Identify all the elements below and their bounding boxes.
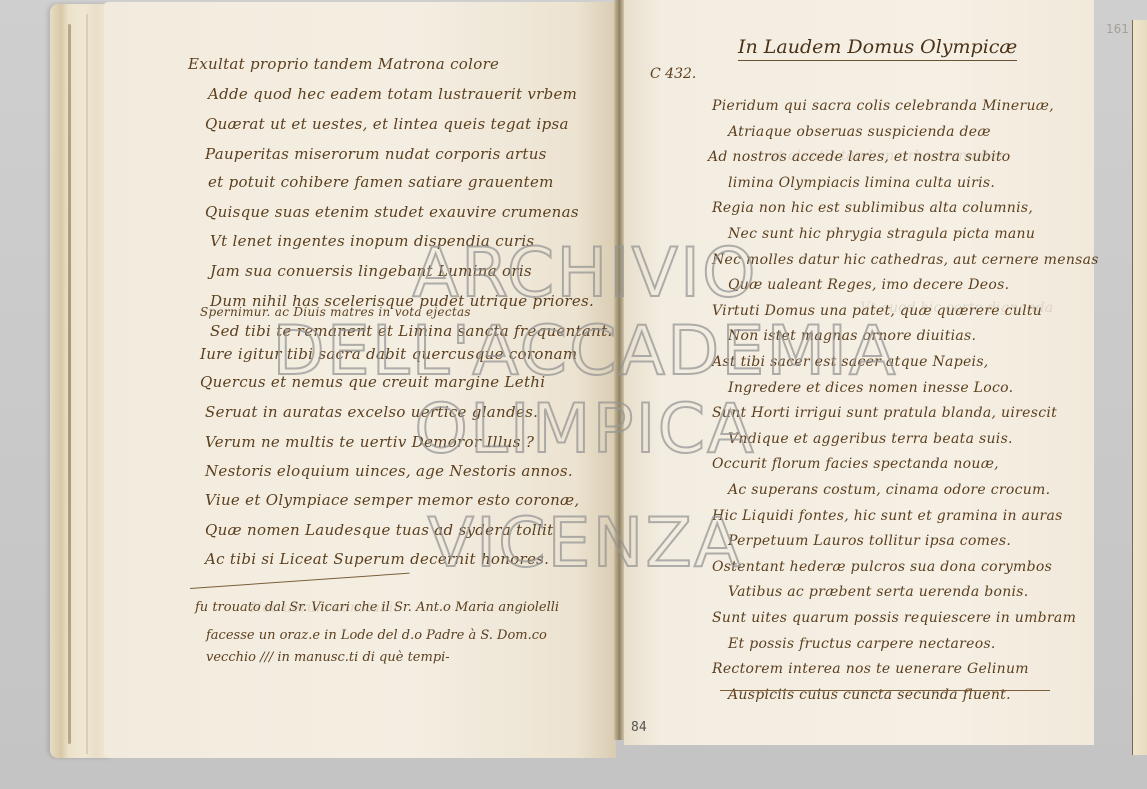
- verse-line: Nestoris eloquium uinces, age Nestoris a…: [205, 462, 573, 480]
- verse-line: Regia non hic est sublimibus alta column…: [712, 200, 1033, 216]
- verse-line: Ac tibi si Liceat Superum decernit honor…: [205, 550, 549, 568]
- verse-line: Seruat in auratas excelso uertice glande…: [205, 403, 538, 421]
- verse-line: Quisque suas etenim studet exauvire crum…: [205, 203, 579, 221]
- verse-line: Verum ne multis te uertiv Demoror Illus …: [205, 433, 534, 451]
- verse-line: Spernimur. ac Diuis matres in vota eject…: [200, 305, 471, 319]
- verse-line: Quæ nomen Laudesque tuas ad sydera tolli…: [205, 521, 553, 539]
- verse-line: Adde quod hec eadem totam lustrauerit vr…: [208, 85, 577, 103]
- verse-line: Vndique et aggeribus terra beata suis.: [728, 431, 1013, 447]
- verse-line: Ad nostros accede lares, et nostra subit…: [708, 149, 1011, 165]
- verse-line: Sunt Horti irrigui sunt pratula blanda, …: [712, 405, 1057, 421]
- verse-line: Perpetuum Lauros tollitur ipsa comes.: [728, 533, 1011, 549]
- verse-line: Sunt uites quarum possis requiescere in …: [712, 610, 1076, 626]
- verse-line: Exultat proprio tandem Matrona colore: [188, 55, 499, 73]
- verse-line: Iure igitur tibi sacra dabit quercusque …: [200, 345, 577, 363]
- annotation-line: fu trouato dal Sr. Vicari che il Sr. Ant…: [195, 600, 559, 615]
- poem-title: In Laudem Domus Olympicæ: [738, 36, 1017, 61]
- verse-line: Ac superans costum, cinama odore crocum.: [728, 482, 1050, 498]
- end-rule: [720, 690, 1050, 691]
- verse-line: Nec sunt hic phrygia stragula picta manu: [728, 226, 1035, 242]
- verse-line: Pieridum qui sacra colis celebranda Mine…: [712, 98, 1054, 114]
- verse-line: Sed tibi te remanent et Limina sancta fr…: [210, 322, 613, 340]
- page-stamp: 84: [631, 720, 647, 735]
- verse-line: Pauperitas miserorum nudat corporis artu…: [205, 145, 547, 163]
- verse-line: Viue et Olympiace semper memor esto coro…: [205, 491, 580, 509]
- verse-line: Non istet magnas ornore diuitias.: [728, 328, 976, 344]
- verse-line: Quærat ut et uestes, et lintea queis teg…: [205, 115, 569, 133]
- verse-line: Vt lenet ingentes inopum dispendia curis: [210, 232, 534, 250]
- verse-line: Jam sua conuersis lingebant Lumina oris: [210, 262, 532, 280]
- verse-line: Atriaque obseruas suspicienda deæ: [728, 124, 991, 140]
- verse-line: Ostentant hederæ pulcros sua dona corymb…: [712, 559, 1052, 575]
- annotation-line: facesse un oraz.e in Lode del d.o Padre …: [206, 628, 547, 643]
- right-page-edge: [1132, 20, 1147, 755]
- verse-line: Hic Liquidi fontes, hic sunt et gramina …: [712, 508, 1063, 524]
- verse-line: Quæ ualeant Reges, imo decere Deos.: [728, 277, 1009, 293]
- verse-line: Quercus et nemus que creuit margine Leth…: [200, 373, 545, 391]
- annotation-line: vecchio /// in manusc.ti di què tempi-: [206, 650, 450, 665]
- verse-line: Vatibus ac præbent serta uerenda bonis.: [728, 584, 1029, 600]
- verse-line: Occurit florum facies spectanda nouæ,: [712, 456, 999, 472]
- verse-line: et potuit cohibere famen satiare grauent…: [208, 173, 554, 191]
- verse-line: Ingredere et dices nomen inesse Loco.: [728, 380, 1013, 396]
- book-page-edges: [50, 4, 112, 758]
- verse-line: Virtuti Domus una patet, quæ quærere cul…: [712, 303, 1042, 319]
- shelf-mark: C 432.: [650, 66, 696, 82]
- folio-number: 161: [1106, 22, 1129, 36]
- verse-line: Rectorem interea nos te uenerare Gelinum: [712, 661, 1029, 677]
- verse-line: limina Olympiacis limina culta uiris.: [728, 175, 995, 191]
- verse-line: Et possis fructus carpere nectareos.: [728, 636, 996, 652]
- verse-line: Nec molles datur hic cathedras, aut cern…: [712, 252, 1099, 268]
- verse-line: Ast tibi sacer est sacer atque Napeis,: [712, 354, 989, 370]
